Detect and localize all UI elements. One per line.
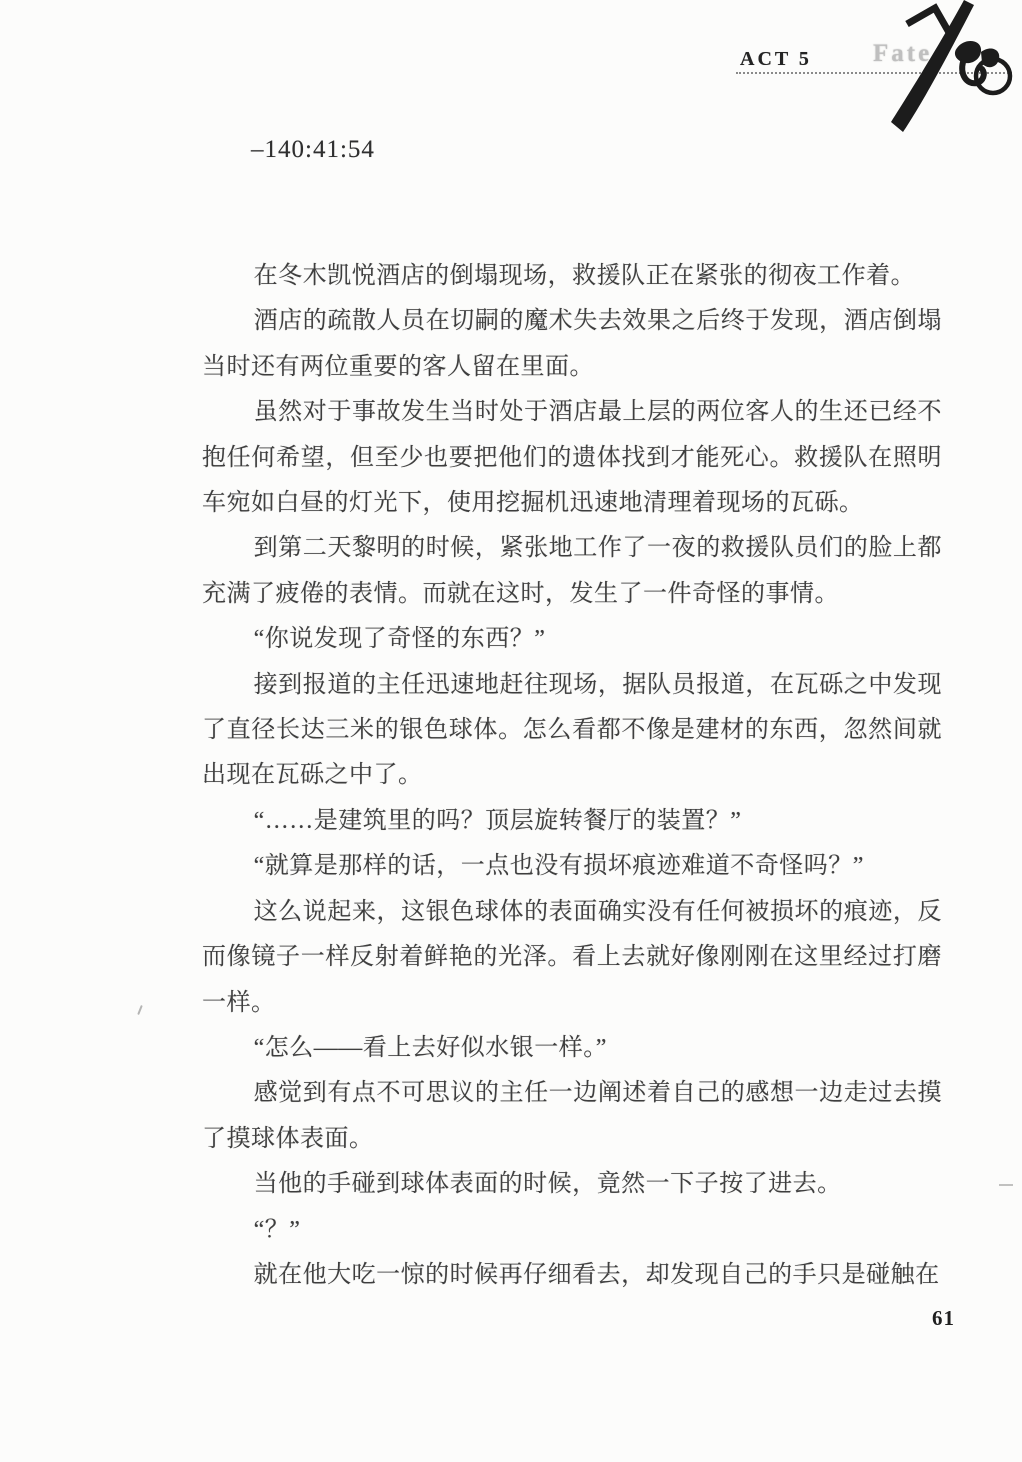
body-text: 在冬木凯悦酒店的倒塌现场，救援队正在紧张的彻夜工作着。酒店的疏散人员在切嗣的魔术… (202, 254, 942, 1298)
paragraph: “？” (202, 1208, 942, 1253)
paragraph: 接到报道的主任迅速地赶往现场，据队员报道，在瓦砾之中发现了直径长达三米的银色球体… (202, 663, 942, 799)
countdown-timestamp: –140:41:54 (251, 136, 375, 164)
act-label: ACT 5 (740, 48, 812, 71)
paragraph: 就在他大吃一惊的时候再仔细看去，却发现自己的手只是碰触在 (202, 1253, 942, 1298)
paragraph: 虽然对于事故发生当时处于酒店最上层的两位客人的生还已经不抱任何希望，但至少也要把… (202, 390, 942, 526)
paragraph: 这么说起来，这银色球体的表面确实没有任何被损坏的痕迹，反而像镜子一样反射着鲜艳的… (202, 890, 942, 1026)
paragraph: 在冬木凯悦酒店的倒塌现场，救援队正在紧张的彻夜工作着。 (202, 254, 942, 299)
paragraph: “怎么——看上去好似水银一样。” (202, 1026, 942, 1071)
scan-artifact-tick (137, 1005, 143, 1015)
fate-zero-logo: Fate (845, 0, 1022, 148)
page-number: 61 (932, 1306, 955, 1331)
scan-artifact-dash (999, 1184, 1013, 1186)
book-page: ACT 5 Fate –140:41:54 在冬木凯悦酒店的倒塌现场，救援队正在… (0, 0, 1022, 1462)
paragraph: 到第二天黎明的时候，紧张地工作了一夜的救援队员们的脸上都充满了疲倦的表情。而就在… (202, 526, 942, 617)
paragraph: 感觉到有点不可思议的主任一边阐述着自己的感想一边走过去摸了摸球体表面。 (202, 1071, 942, 1162)
logo-zero-glyph (845, 0, 1022, 148)
paragraph: 酒店的疏散人员在切嗣的魔术失去效果之后终于发现，酒店倒塌当时还有两位重要的客人留… (202, 299, 942, 390)
paragraph: “……是建筑里的吗？顶层旋转餐厅的装置？” (202, 799, 942, 844)
paragraph: 当他的手碰到球体表面的时候，竟然一下子按了进去。 (202, 1162, 942, 1207)
paragraph: “就算是那样的话，一点也没有损坏痕迹难道不奇怪吗？” (202, 844, 942, 889)
paragraph: “你说发现了奇怪的东西？” (202, 617, 942, 662)
